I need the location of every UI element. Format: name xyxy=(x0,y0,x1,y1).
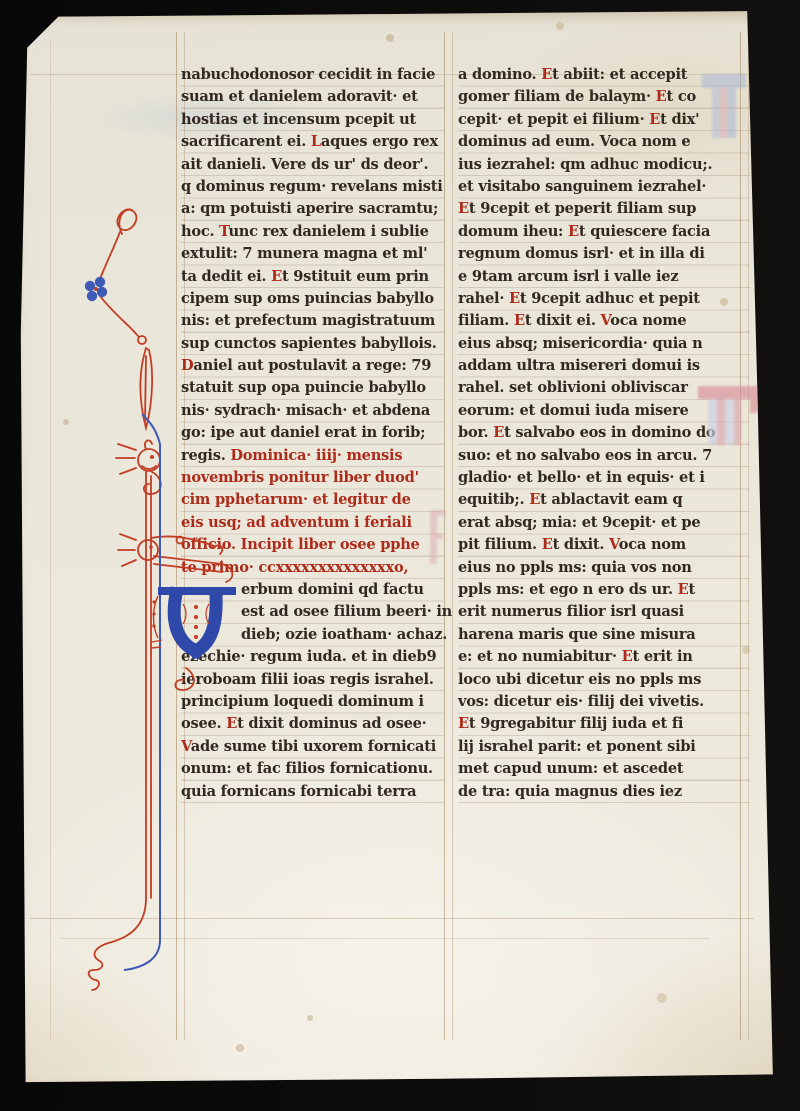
body-text: met capud unum: et ascedet xyxy=(458,760,683,777)
rubric-text: Dominica· iiij· mensis xyxy=(230,447,402,464)
body-text: oca nom xyxy=(619,536,686,553)
body-text: aques ergo rex xyxy=(321,133,438,150)
vellum-leaf: nabuchodonosor cecidit in faciesuam et d… xyxy=(0,0,800,1111)
rubric-text: V xyxy=(609,536,619,553)
manuscript-text-line: ius iezrahel: qm adhuc modicu;. xyxy=(458,154,750,176)
manuscript-text-line: suam et danielem adoravit· et xyxy=(181,86,444,108)
rubric-text: E xyxy=(458,200,469,217)
manuscript-text-line: erat absq; mia: et 9cepit· et pe xyxy=(458,512,750,534)
rubric-text: E xyxy=(509,290,520,307)
body-text: eorum: et domui iuda misere xyxy=(458,402,689,419)
foxing-spots xyxy=(0,0,4,4)
body-text: sacrificarent ei. xyxy=(181,133,311,150)
body-text: gomer filiam de balaym· xyxy=(458,88,656,105)
show-through-initial-top xyxy=(700,72,750,140)
rubric-text: E xyxy=(493,424,504,441)
manuscript-text-line: loco ubi dicetur eis no ppls ms xyxy=(458,669,750,691)
body-text: erit numerus filior isrl quasi xyxy=(458,603,684,620)
body-text: t dixit dominus ad osee· xyxy=(237,715,426,732)
body-text: ait danieli. Vere ds ur' ds deor'. xyxy=(181,156,428,173)
body-text: t 9gregabitur filij iuda et fi xyxy=(469,715,683,732)
rubric-text: E xyxy=(271,268,282,285)
body-text: et visitabo sanguinem iezrahel· xyxy=(458,178,706,195)
manuscript-text-line: vos: dicetur eis· filij dei vivetis. xyxy=(458,691,750,713)
body-text: suam et danielem adoravit· et xyxy=(181,88,418,105)
body-text: t 9cepit adhuc et pepit xyxy=(520,290,700,307)
manuscript-text-line: nabuchodonosor cecidit in facie xyxy=(181,64,444,86)
body-text: t ablactavit eam q xyxy=(540,491,682,508)
body-text: est ad osee filium beeri· in xyxy=(241,603,452,620)
body-text: nabuchodonosor cecidit in facie xyxy=(181,66,435,83)
body-text: e 9tam arcum isrl i valle iez xyxy=(458,268,678,285)
body-text: rahel· xyxy=(458,290,509,307)
body-text: t 9stituit eum prin xyxy=(282,268,429,285)
manuscript-text-line: Et 9gregabitur filij iuda et fi xyxy=(458,713,750,735)
manuscript-text-line: ppls ms: et ego n ero ds ur. Et xyxy=(458,579,750,601)
manuscript-text-line: filiam. Et dixit ei. Voca nome xyxy=(458,310,750,332)
body-text: cepit· et pepit ei filium· xyxy=(458,111,649,128)
rubric-text: E xyxy=(514,312,525,329)
manuscript-text-line: gladio· et bello· et in equis· et i xyxy=(458,467,750,489)
body-text: eius no ppls ms: quia vos non xyxy=(458,559,692,576)
show-through-initial-gutter xyxy=(426,508,448,566)
manuscript-text-line: hostias et incensum pcepit ut xyxy=(181,109,444,131)
show-through-initial-mid xyxy=(696,382,764,448)
manuscript-text-line: eius absq; misericordia· quia n xyxy=(458,333,750,355)
body-text: a domino. xyxy=(458,66,541,83)
body-text: vos: dicetur eis· filij dei vivetis. xyxy=(458,693,704,710)
manuscript-text-line: met capud unum: et ascedet xyxy=(458,758,750,780)
body-text: q dominus regum· revelans misti xyxy=(181,178,443,195)
rubric-text: L xyxy=(311,133,321,150)
manuscript-text-line: ait danieli. Vere ds ur' ds deor'. xyxy=(181,154,444,176)
manuscript-text-line: regnum domus isrl· et in illa di xyxy=(458,243,750,265)
ruling-line-vertical xyxy=(452,32,453,1040)
manuscript-text-line: et visitabo sanguinem iezrahel· xyxy=(458,176,750,198)
body-text: t dixit. xyxy=(553,536,609,553)
rubric-text: E xyxy=(649,111,660,128)
body-text: bor. xyxy=(458,424,493,441)
body-text: ius iezrahel: qm adhuc modicu;. xyxy=(458,156,712,173)
body-text: t 9cepit et peperit filiam sup xyxy=(469,200,696,217)
body-text: t salvabo eos in domino do xyxy=(504,424,715,441)
body-text: lij israhel parit: et ponent sibi xyxy=(458,738,696,755)
body-text: rahel. set oblivioni obliviscar xyxy=(458,379,688,396)
body-text: domum iheu: xyxy=(458,223,568,240)
body-text: t quiescere facia xyxy=(579,223,710,240)
body-text: t xyxy=(689,581,696,598)
manuscript-text-line: domum iheu: Et quiescere facia xyxy=(458,221,750,243)
ruling-line-vertical xyxy=(50,40,51,1040)
manuscript-text-line: e: et no numiabitur· Et erit in xyxy=(458,646,750,668)
rubric-text: E xyxy=(541,66,552,83)
manuscript-text-line: de tra: quia magnus dies iez xyxy=(458,781,750,803)
manuscript-text-line: harena maris que sine misura xyxy=(458,624,750,646)
body-text: unc rex danielem i sublie xyxy=(228,223,428,240)
body-text: erat absq; mia: et 9cepit· et pe xyxy=(458,514,700,531)
body-text: pit filium. xyxy=(458,536,542,553)
body-text: hostias et incensum pcepit ut xyxy=(181,111,416,128)
manuscript-text-line: eius no ppls ms: quia vos non xyxy=(458,557,750,579)
body-text: de tra: quia magnus dies iez xyxy=(458,783,682,800)
manuscript-text-line: sacrificarent ei. Laques ergo rex xyxy=(181,131,444,153)
body-text: t dixit ei. xyxy=(525,312,601,329)
manuscript-text-line: addam ultra misereri domui is xyxy=(458,355,750,377)
body-text: addam ultra misereri domui is xyxy=(458,357,700,374)
manuscript-text-line: erit numerus filior isrl quasi xyxy=(458,601,750,623)
body-text: equitib;. xyxy=(458,491,529,508)
manuscript-text-line: e 9tam arcum isrl i valle iez xyxy=(458,266,750,288)
rubric-text: E xyxy=(529,491,540,508)
body-text: loco ubi dicetur eis no ppls ms xyxy=(458,671,701,688)
body-text: ppls ms: et ego n ero ds ur. xyxy=(458,581,678,598)
manuscript-text-line: lij israhel parit: et ponent sibi xyxy=(458,736,750,758)
body-text: erbum domini qd factu xyxy=(241,581,424,598)
manuscript-text-line: Et 9cepit et peperit filiam sup xyxy=(458,198,750,220)
rubric-text: E xyxy=(678,581,689,598)
body-text: t abiit: et accepit xyxy=(552,66,687,83)
rubric-text: E xyxy=(568,223,579,240)
body-text: e: et no numiabitur· xyxy=(458,648,622,665)
body-text: t co xyxy=(667,88,696,105)
body-text: filiam. xyxy=(458,312,514,329)
body-text: suo: et no salvabo eos in arcu. 7 xyxy=(458,447,712,464)
manuscript-text-line: q dominus regum· revelans misti xyxy=(181,176,444,198)
body-text: dominus ad eum. Voca nom e xyxy=(458,133,690,150)
body-text: harena maris que sine misura xyxy=(458,626,696,643)
rubric-text: V xyxy=(601,312,611,329)
body-text: oca nome xyxy=(610,312,686,329)
rubric-text: E xyxy=(458,715,469,732)
rubric-text: E xyxy=(542,536,553,553)
body-text: regnum domus isrl· et in illa di xyxy=(458,245,705,262)
manuscript-text-line: equitib;. Et ablactavit eam q xyxy=(458,489,750,511)
body-text: t dix' xyxy=(660,111,699,128)
body-text: eius absq; misericordia· quia n xyxy=(458,335,702,352)
body-text: t erit in xyxy=(633,648,693,665)
decorated-initial-V xyxy=(146,580,246,670)
body-text: dieb; ozie ioatham· achaz. xyxy=(241,626,447,643)
photo-background: nabuchodonosor cecidit in faciesuam et d… xyxy=(0,0,800,1111)
manuscript-text-line: rahel· Et 9cepit adhuc et pepit xyxy=(458,288,750,310)
rubric-text: E xyxy=(656,88,667,105)
rubric-text: E xyxy=(622,648,633,665)
manuscript-text-line: pit filium. Et dixit. Voca nom xyxy=(458,534,750,556)
body-text: gladio· et bello· et in equis· et i xyxy=(458,469,705,486)
